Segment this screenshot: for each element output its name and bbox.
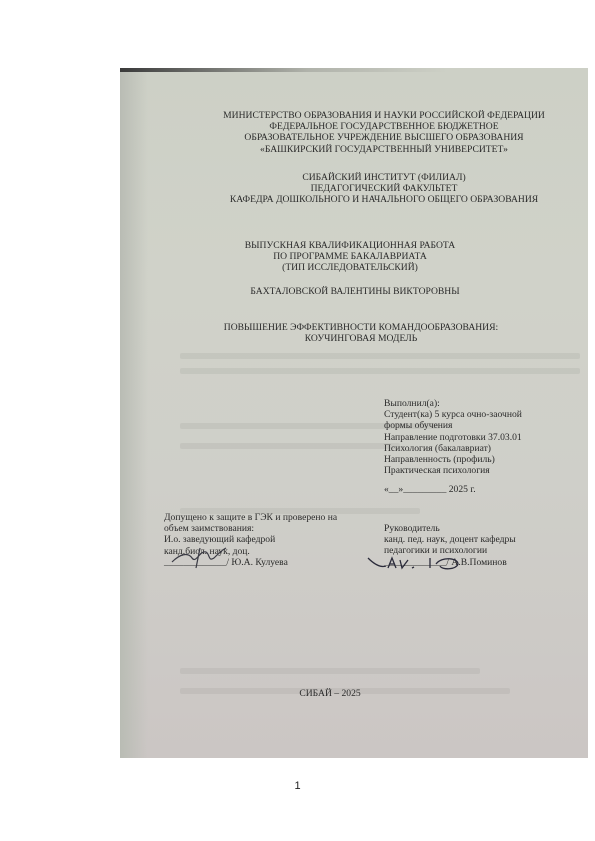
performed-by-line: Студент(ка) 5 курса очно-заочной [384,409,522,420]
author-name: БАХТАЛОВСКОЙ ВАЛЕНТИНЫ ВИКТОРОВНЫ [230,286,480,297]
institute-header: СИБАЙСКИЙ ИНСТИТУТ (ФИЛИАЛ) ПЕДАГОГИЧЕСК… [204,172,564,206]
admission-line: объем заимствования: [164,523,337,534]
head-signature [170,544,230,570]
performed-by-line: Психология (бакалавриат) [384,443,522,454]
performed-by-line: формы обучения [384,420,522,431]
institute-line: ПЕДАГОГИЧЕСКИЙ ФАКУЛЬТЕТ [204,183,564,194]
page-number: 1 [0,780,595,792]
admission-line: Допущено к защите в ГЭК и проверено на [164,512,337,523]
bleed-through-line [180,443,400,449]
institute-line: КАФЕДРА ДОШКОЛЬНОГО И НАЧАЛЬНОГО ОБЩЕГО … [204,194,564,205]
city-year: СИБАЙ – 2025 [270,688,390,699]
header-line: ФЕДЕРАЛЬНОЕ ГОСУДАРСТВЕННОЕ БЮДЖЕТНОЕ [204,121,564,132]
supervisor-line: канд. пед. наук, доцент кафедры [384,534,516,545]
work-type-line: ВЫПУСКНАЯ КВАЛИФИКАЦИОННАЯ РАБОТА [230,240,470,251]
title-page-photo: МИНИСТЕРСТВО ОБРАЗОВАНИЯ И НАУКИ РОССИЙС… [120,68,588,758]
work-type-line: (ТИП ИССЛЕДОВАТЕЛЬСКИЙ) [230,262,470,273]
supervisor-signature [366,552,466,574]
performed-by-line: Направленность (профиль) [384,454,522,465]
performed-by-line: Выполнил(а): [384,398,522,409]
bleed-through-line [180,668,480,674]
topic-line: КОУЧИНГОВАЯ МОДЕЛЬ [216,333,506,344]
work-type: ВЫПУСКНАЯ КВАЛИФИКАЦИОННАЯ РАБОТА ПО ПРО… [230,240,470,274]
supervisor-line: Руководитель [384,523,516,534]
bleed-through-line [180,353,580,359]
performed-by-block: Выполнил(а): Студент(ка) 5 курса очно-за… [384,398,522,496]
header-line: МИНИСТЕРСТВО ОБРАЗОВАНИЯ И НАУКИ РОССИЙС… [204,110,564,121]
bleed-through-line [180,368,580,374]
performed-by-line: Практическая психология [384,465,522,476]
topic-line: ПОВЫШЕНИЕ ЭФФЕКТИВНОСТИ КОМАНДООБРАЗОВАН… [216,322,506,333]
work-type-line: ПО ПРОГРАММЕ БАКАЛАВРИАТА [230,251,470,262]
performed-by-line: Направление подготовки 37.03.01 [384,432,522,443]
thesis-topic: ПОВЫШЕНИЕ ЭФФЕКТИВНОСТИ КОМАНДООБРАЗОВАН… [216,322,506,344]
ministry-header: МИНИСТЕРСТВО ОБРАЗОВАНИЯ И НАУКИ РОССИЙС… [204,110,564,155]
institute-line: СИБАЙСКИЙ ИНСТИТУТ (ФИЛИАЛ) [204,172,564,183]
header-line: «БАШКИРСКИЙ ГОСУДАРСТВЕННЫЙ УНИВЕРСИТЕТ» [204,144,564,155]
date-line: «__»_________ 2025 г. [384,484,522,495]
header-line: ОБРАЗОВАТЕЛЬНОЕ УЧРЕЖДЕНИЕ ВЫСШЕГО ОБРАЗ… [204,132,564,143]
